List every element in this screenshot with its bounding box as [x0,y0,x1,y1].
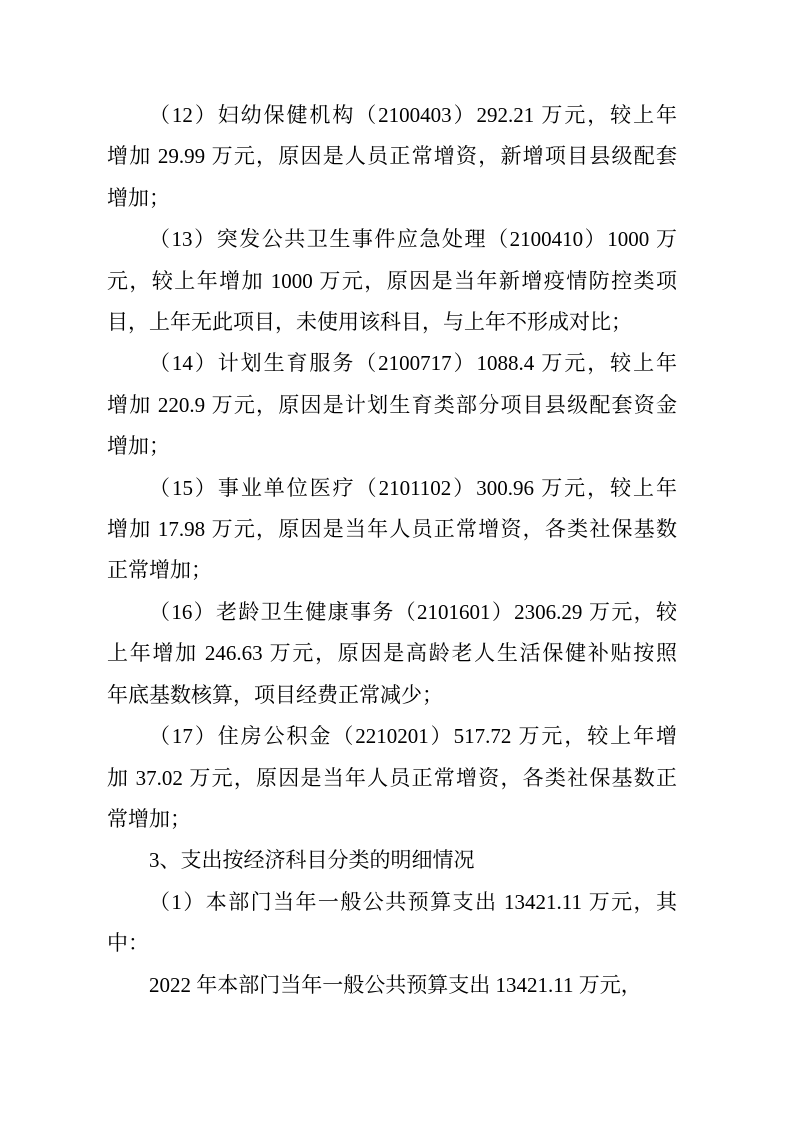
text-line: （13）突发公共卫生事件应急处理（2100410）1000 万 [107,219,677,260]
text-line: （15）事业单位医疗（2101102）300.96 万元，较上年 [107,468,677,509]
document-page: （12）妇幼保健机构（2100403）292.21 万元，较上年 增加 29.9… [0,0,793,1122]
section-heading: 3、支出按经济科目分类的明细情况 [107,840,677,881]
text-line: 增加 29.99 万元，原因是人员正常增资，新增项目县级配套 [107,136,677,177]
text-line: （14）计划生育服务（2100717）1088.4 万元，较上年 [107,343,677,384]
text-line: （17）住房公积金（2210201）517.72 万元，较上年增 [107,716,677,757]
text-line: 2022 年本部门当年一般公共预算支出 13421.11 万元， [107,965,677,1006]
paragraph-item-1: （1）本部门当年一般公共预算支出 13421.11 万元，其 中： [107,882,677,965]
paragraph-item-16: （16）老龄卫生健康事务（2101601）2306.29 万元，较 上年增加 2… [107,592,677,716]
paragraph-item-13: （13）突发公共卫生事件应急处理（2100410）1000 万 元，较上年增加 … [107,219,677,343]
paragraph-2022-summary: 2022 年本部门当年一般公共预算支出 13421.11 万元， [107,965,677,1006]
text-line: （1）本部门当年一般公共预算支出 13421.11 万元，其 [107,882,677,923]
text-line: 增加； [107,426,677,467]
text-content: （12）妇幼保健机构（2100403）292.21 万元，较上年 增加 29.9… [107,95,677,1006]
paragraph-item-14: （14）计划生育服务（2100717）1088.4 万元，较上年 增加 220.… [107,343,677,467]
text-line: （16）老龄卫生健康事务（2101601）2306.29 万元，较 [107,592,677,633]
text-line: 增加 17.98 万元，原因是当年人员正常增资，各类社保基数 [107,509,677,550]
text-line: 常增加； [107,799,677,840]
text-line: 增加； [107,178,677,219]
text-line: （12）妇幼保健机构（2100403）292.21 万元，较上年 [107,95,677,136]
text-line: 目，上年无此项目，未使用该科目，与上年不形成对比； [107,302,677,343]
paragraph-item-17: （17）住房公积金（2210201）517.72 万元，较上年增 加 37.02… [107,716,677,840]
paragraph-section-heading: 3、支出按经济科目分类的明细情况 [107,840,677,881]
text-line: 加 37.02 万元，原因是当年人员正常增资，各类社保基数正 [107,758,677,799]
text-line: 年底基数核算，项目经费正常减少； [107,675,677,716]
text-line: 增加 220.9 万元，原因是计划生育类部分项目县级配套资金 [107,385,677,426]
paragraph-item-15: （15）事业单位医疗（2101102）300.96 万元，较上年 增加 17.9… [107,468,677,592]
text-line: 元，较上年增加 1000 万元，原因是当年新增疫情防控类项 [107,261,677,302]
text-line: 正常增加； [107,550,677,591]
paragraph-item-12: （12）妇幼保健机构（2100403）292.21 万元，较上年 增加 29.9… [107,95,677,219]
text-line: 上年增加 246.63 万元，原因是高龄老人生活保健补贴按照 [107,633,677,674]
text-line: 中： [107,923,677,964]
